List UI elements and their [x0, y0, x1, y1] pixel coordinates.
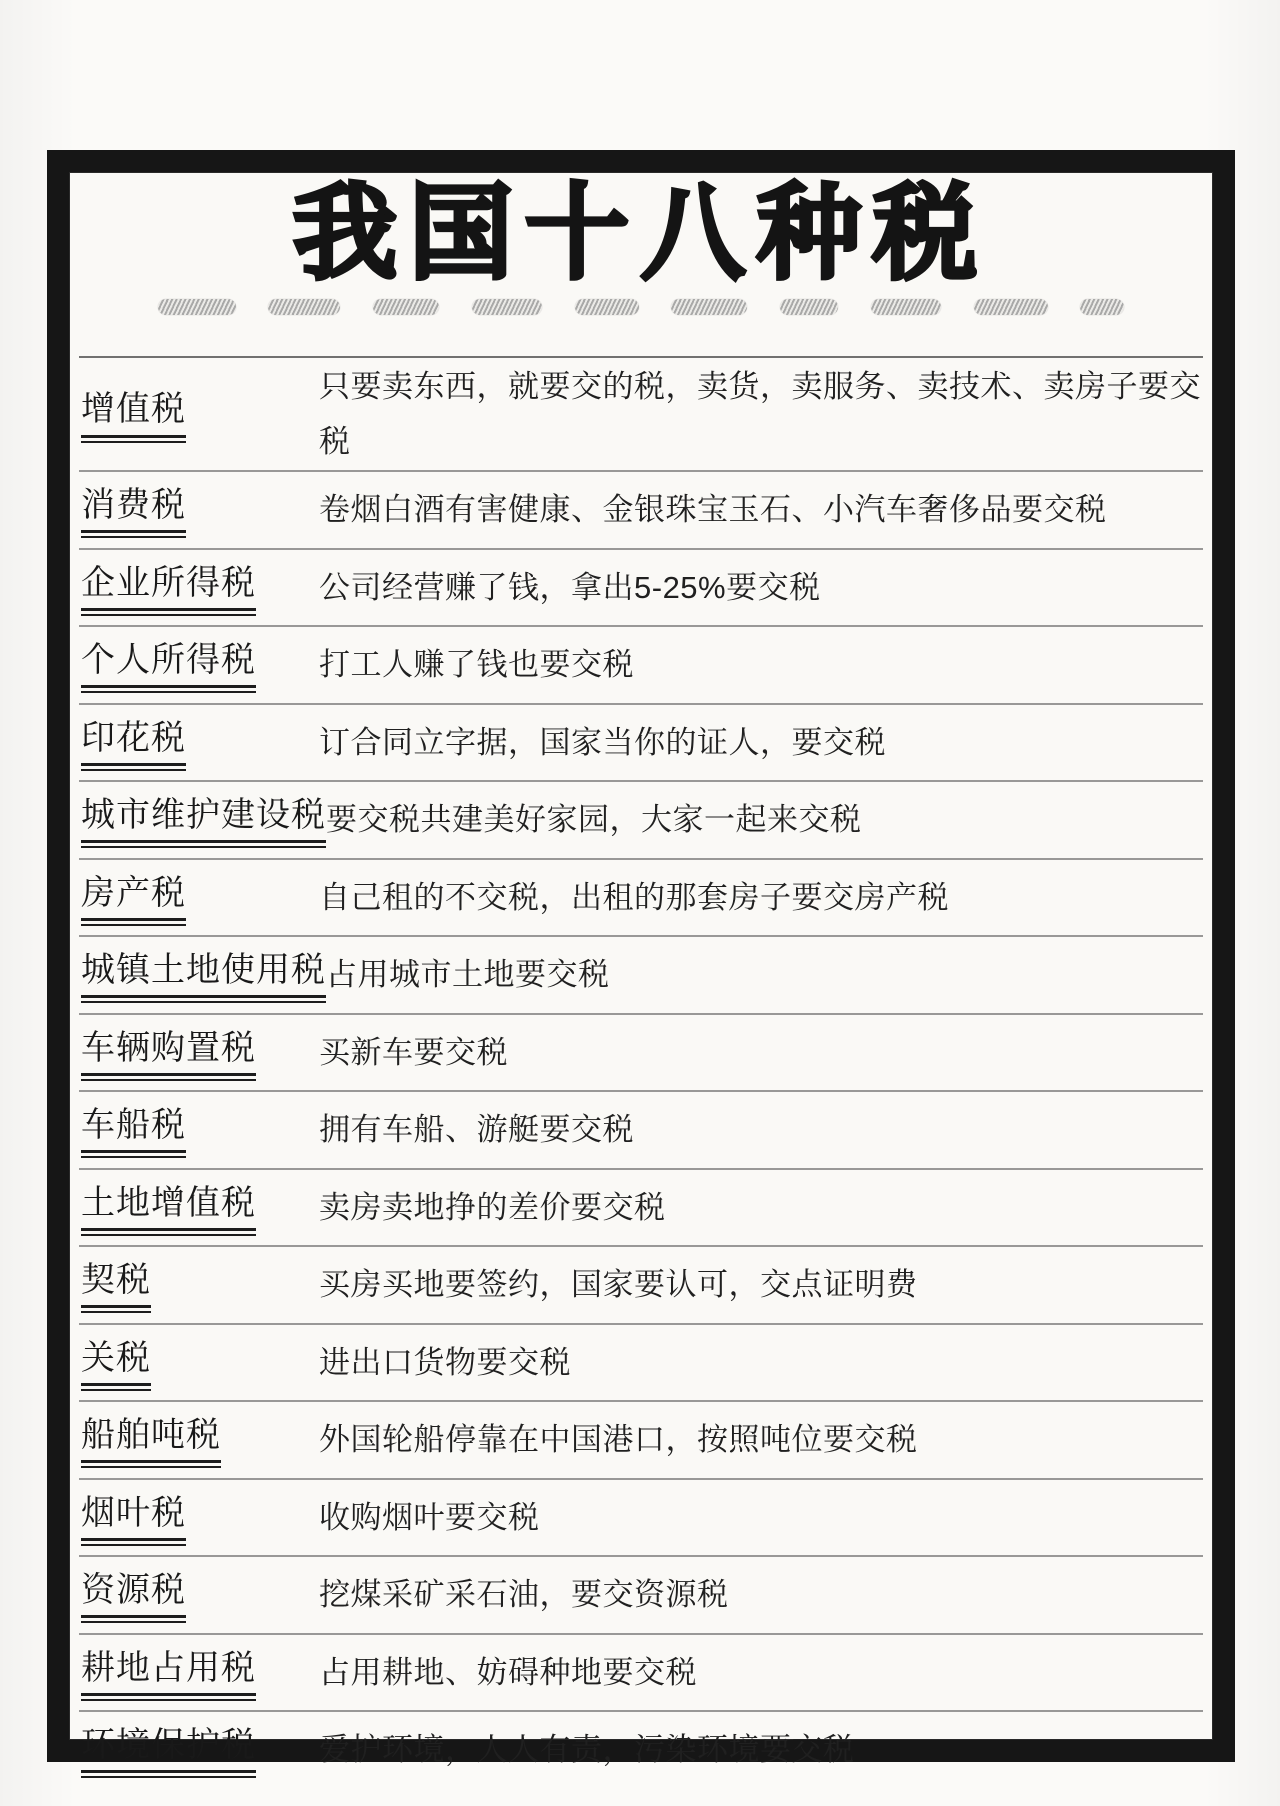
page-title: 我国十八种税 — [293, 172, 989, 297]
tax-row-deed: 契税 买房买地要签约，国家要认可，交点证明费 — [79, 1247, 1203, 1325]
tax-name: 增值税 — [81, 390, 186, 437]
tax-description: 占用城市土地要交税 — [326, 947, 610, 1002]
tax-name: 房产税 — [81, 874, 186, 921]
tax-row-stamp: 印花税 订合同立字据，国家当你的证人，要交税 — [79, 705, 1203, 783]
tax-row-tobacco-leaf: 烟叶税 收购烟叶要交税 — [79, 1480, 1203, 1558]
tax-description: 挖煤采矿采石油，要交资源税 — [319, 1567, 729, 1622]
hatch-mark — [472, 299, 542, 315]
poster-page: { "title": "我国十八种税", "colors": { "ink": … — [0, 0, 1280, 1806]
tax-row-corporate-income: 企业所得税 公司经营赚了钱，拿出5-25%要交税 — [79, 550, 1203, 628]
tax-row-property: 房产税 自己租的不交税，出租的那套房子要交房产税 — [79, 860, 1203, 938]
tax-name: 城镇土地使用税 — [81, 951, 326, 998]
tax-row-urban-maintenance: 城市维护建设税 要交税共建美好家园，大家一起来交税 — [79, 782, 1203, 860]
tax-name: 消费税 — [81, 486, 186, 533]
hatch-mark — [1080, 299, 1124, 315]
hatch-mark — [671, 299, 747, 315]
tax-description: 卷烟白酒有害健康、金银珠宝玉石、小汽车奢侈品要交税 — [319, 482, 1107, 537]
tax-row-resource: 资源税 挖煤采矿采石油，要交资源税 — [79, 1557, 1203, 1635]
tax-row-environmental-protection: 环境保护税 爱护环境，人人有责，污染环境要交税 — [79, 1712, 1203, 1788]
tax-name: 土地增值税 — [81, 1184, 256, 1231]
tax-row-farmland-occupation: 耕地占用税 占用耕地、妨碍种地要交税 — [79, 1635, 1203, 1713]
tax-description: 买房买地要签约，国家要认可，交点证明费 — [319, 1257, 918, 1312]
tax-row-vat: 增值税 只要卖东西，就要交的税，卖货，卖服务、卖技术、卖房子要交税 — [79, 358, 1203, 472]
hatch-mark — [974, 299, 1048, 315]
tax-list: 增值税 只要卖东西，就要交的税，卖货，卖服务、卖技术、卖房子要交税 消费税 卷烟… — [79, 356, 1203, 1788]
title-underline-marks — [158, 299, 1125, 315]
tax-name: 个人所得税 — [81, 641, 256, 688]
tax-name: 环境保护税 — [81, 1726, 256, 1773]
tax-row-tonnage: 船舶吨税 外国轮船停靠在中国港口，按照吨位要交税 — [79, 1402, 1203, 1480]
tax-name: 船舶吨税 — [81, 1416, 221, 1463]
tax-row-land-appreciation: 土地增值税 卖房卖地挣的差价要交税 — [79, 1170, 1203, 1248]
tax-name: 印花税 — [81, 719, 186, 766]
hatch-mark — [871, 299, 941, 315]
tax-description: 爱护环境，人人有责，污染环境要交税 — [319, 1722, 855, 1777]
tax-name: 企业所得税 — [81, 564, 256, 611]
hatch-mark — [780, 299, 838, 315]
tax-description: 拥有车船、游艇要交税 — [319, 1102, 634, 1157]
tax-name: 车船税 — [81, 1106, 186, 1153]
title-block: 我国十八种税 — [79, 178, 1203, 356]
hatch-mark — [373, 299, 439, 315]
tax-description: 占用耕地、妨碍种地要交税 — [319, 1645, 697, 1700]
tax-description: 自己租的不交税，出租的那套房子要交房产税 — [319, 870, 949, 925]
tax-row-vehicle-purchase: 车辆购置税 买新车要交税 — [79, 1015, 1203, 1093]
tax-description: 公司经营赚了钱，拿出5-25%要交税 — [319, 560, 821, 615]
tax-description: 外国轮船停靠在中国港口，按照吨位要交税 — [319, 1412, 918, 1467]
tax-description: 收购烟叶要交税 — [319, 1490, 540, 1545]
tax-description: 买新车要交税 — [319, 1025, 508, 1080]
tax-row-vehicle-vessel: 车船税 拥有车船、游艇要交税 — [79, 1092, 1203, 1170]
tax-name: 契税 — [81, 1261, 151, 1308]
tax-name: 耕地占用税 — [81, 1649, 256, 1696]
tax-row-consumption: 消费税 卷烟白酒有害健康、金银珠宝玉石、小汽车奢侈品要交税 — [79, 472, 1203, 550]
tax-row-customs: 关税 进出口货物要交税 — [79, 1325, 1203, 1403]
tax-row-personal-income: 个人所得税 打工人赚了钱也要交税 — [79, 627, 1203, 705]
tax-description: 进出口货物要交税 — [319, 1335, 571, 1390]
tax-description: 订合同立字据，国家当你的证人，要交税 — [319, 715, 886, 770]
tax-name: 烟叶税 — [81, 1494, 186, 1541]
hatch-mark — [575, 299, 639, 315]
tax-row-urban-land-use: 城镇土地使用税 占用城市土地要交税 — [79, 937, 1203, 1015]
hatch-mark — [268, 299, 340, 315]
tax-description: 卖房卖地挣的差价要交税 — [319, 1180, 666, 1235]
tax-description: 打工人赚了钱也要交税 — [319, 637, 634, 692]
tax-description: 要交税共建美好家园，大家一起来交税 — [326, 792, 862, 847]
tax-name: 车辆购置税 — [81, 1029, 256, 1076]
poster-frame: 我国十八种税 增值税 只要卖东西，就要交的税，卖货，卖服务、卖技术、卖房子要交税 — [47, 150, 1235, 1762]
poster-content: 我国十八种税 增值税 只要卖东西，就要交的税，卖货，卖服务、卖技术、卖房子要交税 — [69, 172, 1213, 1740]
tax-description: 只要卖东西，就要交的税，卖货，卖服务、卖技术、卖房子要交税 — [319, 359, 1203, 469]
tax-name: 城市维护建设税 — [81, 796, 326, 843]
tax-name: 关税 — [81, 1339, 151, 1386]
hatch-mark — [158, 299, 236, 315]
tax-name: 资源税 — [81, 1571, 186, 1618]
